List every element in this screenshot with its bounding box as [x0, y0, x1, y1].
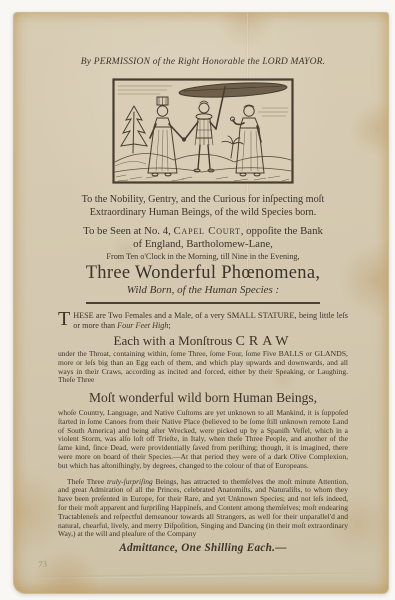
divider-rule [86, 302, 320, 304]
paragraph-origin: whoſe Country, Language, and Native Cuſt… [58, 409, 348, 471]
pencil-marginalia: 73 [37, 558, 47, 569]
p1-caps: SMALL STATURE, [227, 310, 297, 320]
venue-line-1: To be Seen at No. 4, Capel Court, oppoſi… [58, 225, 348, 238]
venue-line-2: of England, Bartholomew-Lane, [58, 238, 348, 251]
p4-seg2: Beings, has attracted to themſelves the … [58, 477, 348, 539]
broadside-content: By PERMISSION of the Right Honorable the… [14, 13, 388, 593]
p2-seg3: more or leſs big than an Egg each of the… [58, 358, 348, 385]
admittance-line: Admittance, One Shilling Each.— [58, 542, 348, 554]
p2-seg1: under the Throat, containing within, ſom… [58, 349, 279, 358]
p2-caps1: BALLS [279, 349, 304, 358]
address-line-2: Extraordinary Human Beings, of the wild … [58, 207, 348, 220]
venue-place-name: Capel Court [174, 225, 241, 237]
venue-seen-pre: To be Seen at No. 4, [83, 225, 173, 237]
scanned-broadside-page: { "colors": { "page_background": "#f8f7f… [0, 0, 395, 600]
paragraph-admiration: Theſe Three truly-ſurpriſing Beings, has… [58, 478, 348, 540]
opening-hours: From Ten o'Clock in the Morning, till Ni… [58, 252, 348, 262]
paragraph-stature: THESE are Two Females and a Male, of a v… [58, 310, 348, 331]
p1-seg3: ; [169, 321, 171, 330]
p1-italic: Four Feet High [117, 321, 168, 330]
address-block: To the Nobility, Gentry, and the Curious… [58, 194, 348, 219]
craw-heading-caps: CRAW [236, 334, 293, 349]
headline-title: Three Wonderful Phœnomena, [58, 263, 348, 284]
p4-italic: truly-ſurpriſing [107, 477, 153, 486]
headline-subtitle: Wild Born, of the Human Species : [58, 284, 348, 297]
p2-caps2: GLANDS, [314, 349, 348, 358]
address-line-1: To the Nobility, Gentry, and the Curious… [58, 194, 348, 207]
paragraph-craw-detail: under the Throat, containing within, ſom… [58, 350, 348, 385]
drop-cap: T [58, 310, 73, 327]
p1-seg1: HESE are Two Females and a Male, of a ve… [73, 311, 227, 320]
p4-seg1: Theſe Three [67, 477, 107, 486]
permission-line: By PERMISSION of the Right Honorable the… [58, 57, 348, 68]
three-figures-woodcut-icon [112, 78, 294, 184]
broadside-paper: By PERMISSION of the Right Honorable the… [13, 12, 389, 594]
craw-heading: Each with a Monſtrous CRAW [58, 333, 348, 349]
p2-seg2: or [303, 349, 314, 358]
venue-block: To be Seen at No. 4, Capel Court, oppoſi… [58, 225, 348, 251]
wild-born-heading: Moſt wonderful wild born Human Beings, [58, 390, 348, 405]
venue-seen-post: , oppoſite the Bank [241, 225, 323, 237]
joined-hands [182, 138, 185, 141]
craw-heading-pre: Each with a Monſtrous [114, 333, 236, 348]
body-text: THESE are Two Females and a Male, of a v… [58, 310, 348, 555]
